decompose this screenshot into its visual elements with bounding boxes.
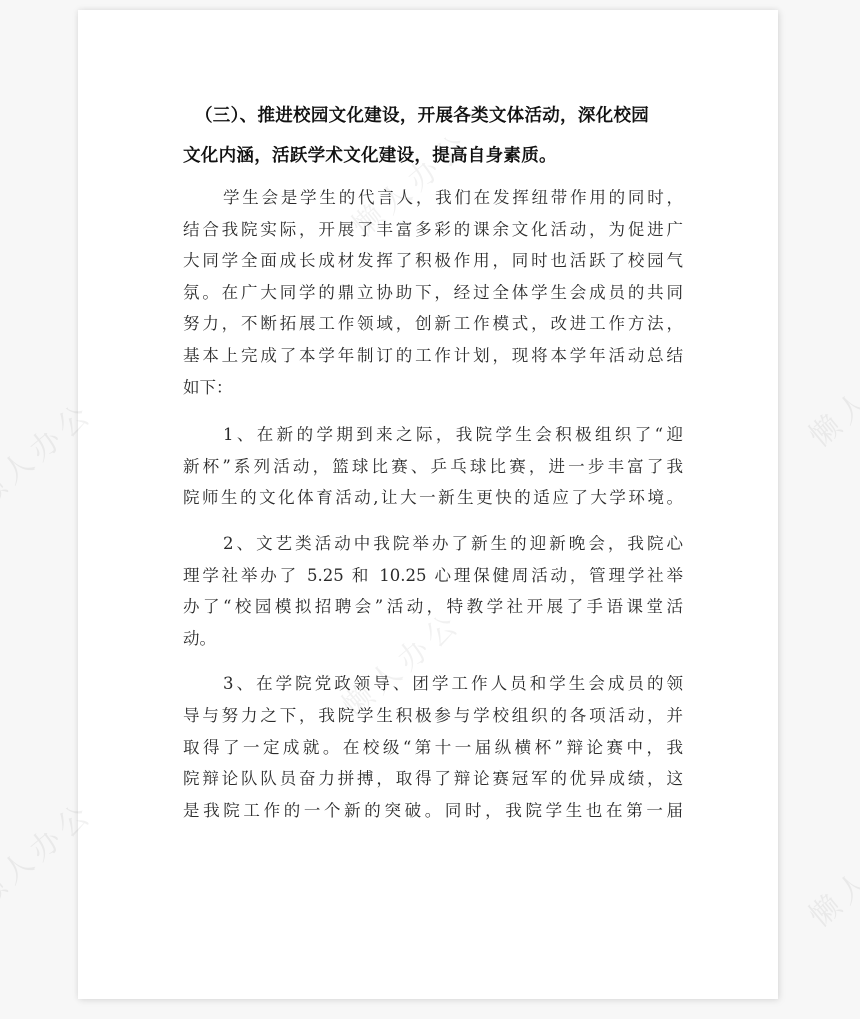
text-line: 3、在学院党政领导、团学工作人员和学生会成员的领	[183, 668, 683, 700]
intro-paragraph: 学生会是学生的代言人，我们在发挥纽带作用的同时， 结合我院实际，开展了丰富多彩的…	[183, 182, 683, 403]
text-line: 院师生的文化体育活动,让大一新生更快的适应了大学环境。	[183, 482, 683, 514]
text-line: 2、文艺类活动中我院举办了新生的迎新晚会，我院心	[183, 528, 683, 560]
document-content: （三）、推进校园文化建设，开展各类文体活动，深化校园 文化内涵，活跃学术文化建设…	[183, 96, 683, 826]
list-item-paragraph-3: 3、在学院党政领导、团学工作人员和学生会成员的领 导与努力之下，我院学生积极参与…	[183, 668, 683, 826]
text-line: 1、在新的学期到来之际，我院学生会积极组织了“迎	[183, 419, 683, 451]
text-line: 基本上完成了本学年制订的工作计划，现将本学年活动总结	[183, 340, 683, 372]
text-line: 学生会是学生的代言人，我们在发挥纽带作用的同时，	[183, 182, 683, 214]
text-line: 氛。在广大同学的鼎立协助下，经过全体学生会成员的共同	[183, 277, 683, 309]
text-line: 取得了一定成就。在校级“第十一届纵横杯”辩论赛中，我	[183, 732, 683, 764]
text-line: 是我院工作的一个新的突破。同时，我院学生也在第一届	[183, 795, 683, 827]
text-line: 如下：	[183, 372, 683, 404]
text-line: 办了“校园模拟招聘会”活动，特教学社开展了手语课堂活	[183, 591, 683, 623]
text-line: 努力，不断拓展工作领域，创新工作模式，改进工作方法，	[183, 308, 683, 340]
section-heading: （三）、推进校园文化建设，开展各类文体活动，深化校园 文化内涵，活跃学术文化建设…	[183, 96, 683, 176]
document-page: 懒人办公 懒人办公 （三）、推进校园文化建设，开展各类文体活动，深化校园 文化内…	[78, 10, 778, 999]
list-item-paragraph-2: 2、文艺类活动中我院举办了新生的迎新晚会，我院心 理学社举办了 5.25 和 1…	[183, 528, 683, 654]
heading-line: （三）、推进校园文化建设，开展各类文体活动，深化校园	[183, 96, 683, 136]
text-line: 导与努力之下，我院学生积极参与学校组织的各项活动，并	[183, 700, 683, 732]
text-line: 新杯”系列活动，篮球比赛、乒乓球比赛，进一步丰富了我	[183, 451, 683, 483]
text-line: 院辩论队队员奋力拼搏，取得了辩论赛冠军的优异成绩，这	[183, 763, 683, 795]
text-line: 理学社举办了 5.25 和 10.25 心理保健周活动，管理学社举	[183, 560, 683, 592]
text-line: 动。	[183, 623, 683, 655]
text-line: 大同学全面成长成材发挥了积极作用，同时也活跃了校园气	[183, 245, 683, 277]
watermark: 懒人办公	[798, 329, 860, 455]
heading-line: 文化内涵，活跃学术文化建设，提高自身素质。	[183, 136, 683, 176]
list-item-paragraph-1: 1、在新的学期到来之际，我院学生会积极组织了“迎 新杯”系列活动，篮球比赛、乒乓…	[183, 419, 683, 514]
watermark: 懒人办公	[798, 809, 860, 935]
text-line: 结合我院实际，开展了丰富多彩的课余文化活动，为促进广	[183, 214, 683, 246]
